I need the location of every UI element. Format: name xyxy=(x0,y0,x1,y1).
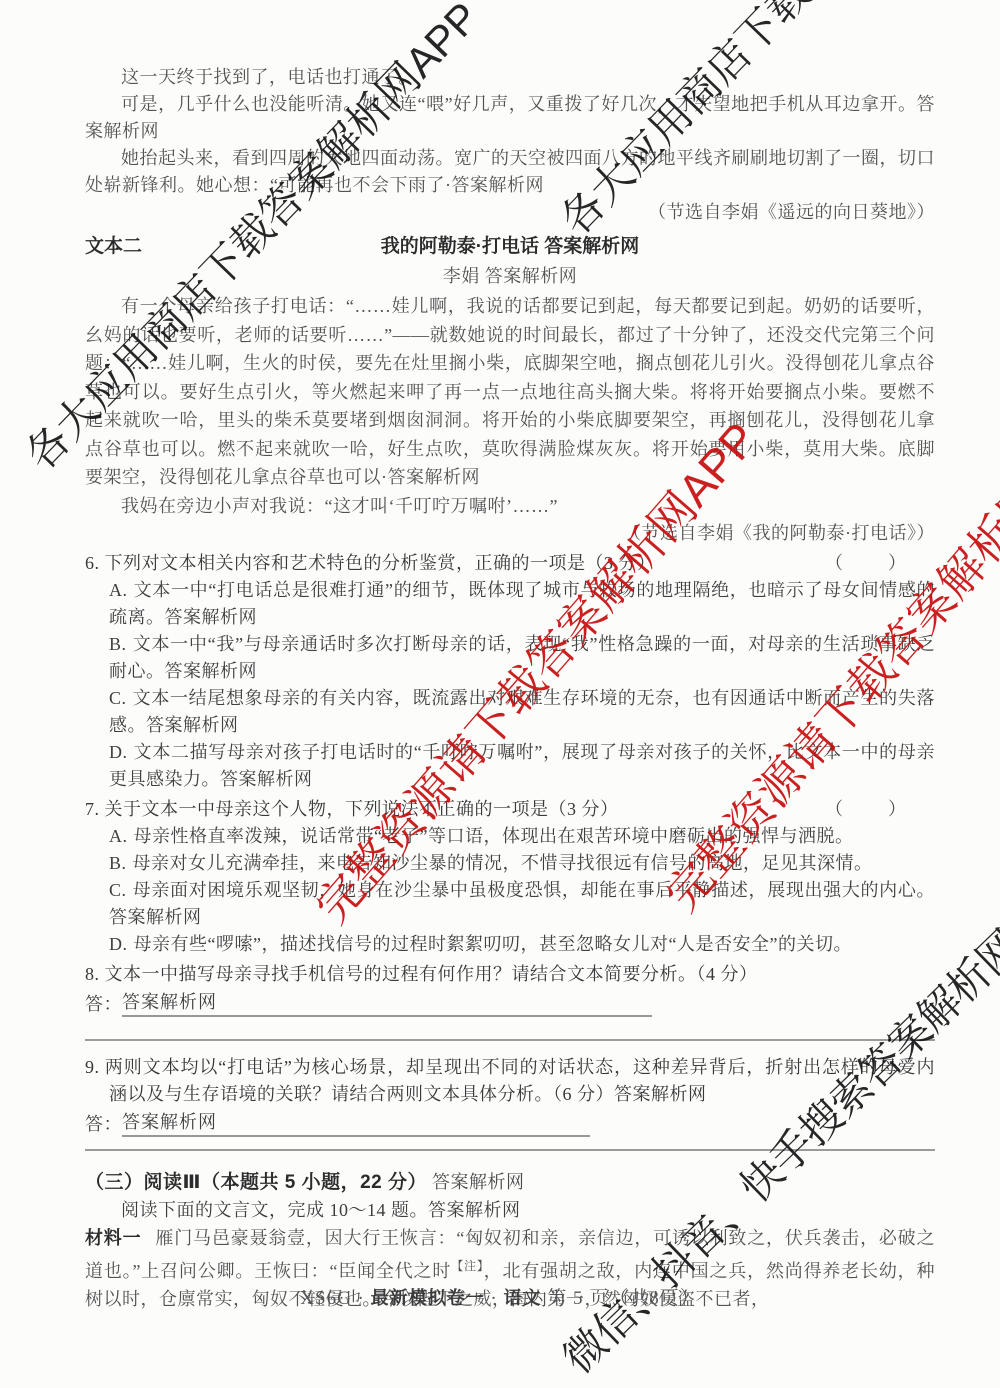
option-text: 母亲对女儿充满牵挂，来电告知沙尘暴的情况，不惜寻找很远有信号的高地，足见其深情。 xyxy=(133,853,873,873)
text2-title-text: 我的阿勒泰·打电话 xyxy=(381,236,539,257)
question-7-option-a: A.母亲性格直率泼辣，说话常带“老子”等口语，体现出在艰苦环境中磨砺出的强悍与洒… xyxy=(109,823,935,850)
footer-subject: 语文 xyxy=(503,1288,541,1308)
option-label: D. xyxy=(109,742,128,762)
question-stem-text: 文本一中描写母亲寻找手机信号的过程有何作用？请结合文本简要分析。（4 分） xyxy=(105,964,758,984)
text2-label: 文本二 xyxy=(85,232,142,262)
question-8-answer-row: 答：答案解析网 xyxy=(85,988,935,1017)
answer-bracket: （ ） xyxy=(825,550,909,577)
footer-dot: · xyxy=(358,1288,365,1309)
exam-page: 这一天终于找到了，电话也打通了。 可是，几乎什么也没能听清。她又连“喂”好几声，… xyxy=(0,0,1000,1388)
footer-dot: · xyxy=(490,1288,497,1309)
footer-code: XS6G xyxy=(300,1288,352,1309)
option-label: C. xyxy=(109,880,127,900)
question-stem-text: 关于文本一中母亲这个人物，下列说法不正确的一项是（3 分） xyxy=(105,799,619,819)
note-marker: 【注】 xyxy=(451,1259,483,1273)
question-6-option-a: A.文本一中“打电话总是很难打通”的细节，既体现了城市与牧场的地理隔绝，也暗示了… xyxy=(109,577,935,631)
question-7: 7.关于文本一中母亲这个人物，下列说法不正确的一项是（3 分） （ ） A.母亲… xyxy=(85,796,935,958)
question-stem-text: 下列对文本相关内容和艺术特色的分析鉴赏，正确的一项是（3 分） xyxy=(105,553,656,573)
question-7-option-b: B.母亲对女儿充满牵挂，来电告知沙尘暴的情况，不惜寻找很远有信号的高地，足见其深… xyxy=(109,850,935,877)
answer-underline: 答案解析网 xyxy=(122,990,652,1017)
option-label: D. xyxy=(109,934,128,954)
answer-underline: 答案解析网 xyxy=(122,1110,590,1137)
option-text: 母亲有些“啰嗦”，描述找信号的过程时絮絮叨叨，甚至忽略女儿对“人是否安全”的关切… xyxy=(134,934,852,954)
option-text: 文本一中“打电话总是很难打通”的细节，既体现了城市与牧场的地理隔绝，也暗示了母女… xyxy=(109,580,935,627)
question-7-stem: 7.关于文本一中母亲这个人物，下列说法不正确的一项是（3 分） （ ） xyxy=(85,796,935,823)
option-label: A. xyxy=(109,580,128,600)
answer-label: 答： xyxy=(85,1114,122,1134)
section-3-heading-suffix: 答案解析网 xyxy=(427,1172,525,1192)
passage-1-paragraph: 这一天终于找到了，电话也打通了。 xyxy=(85,64,935,91)
text2-closing: 我妈在旁边小声对我说：“这才叫‘千叮咛万嘱咐’……” xyxy=(85,492,935,520)
option-label: C. xyxy=(109,688,127,708)
text2-body: 有一个母亲给孩子打电话：“……娃儿啊，我说的话都要记到起，每天都要记到起。奶奶的… xyxy=(85,292,935,492)
question-number: 7. xyxy=(85,799,100,819)
question-number: 6. xyxy=(85,553,100,573)
page-footer: XS6G · 最新模拟卷一 · 语文 第 5 页（共8页） xyxy=(0,1283,1000,1310)
question-7-option-c: C.母亲面对困境乐观坚韧，她身在沙尘暴中虽极度恐惧，却能在事后平静描述，展现出强… xyxy=(109,877,935,931)
material-1-label: 材料一 xyxy=(85,1228,141,1248)
option-label: B. xyxy=(109,634,127,654)
text2-attribution: （节选自李娟《我的阿勒泰·打电话》） xyxy=(85,520,935,547)
answer-bracket: （ ） xyxy=(825,796,909,823)
answer-label: 答： xyxy=(85,994,122,1014)
passage-1-paragraph: 可是，几乎什么也没能听清。她又连“喂”好几声，又重拨了好几次，才失望地把手机从耳… xyxy=(85,91,935,145)
option-label: B. xyxy=(109,853,127,873)
passage-1-paragraph: 她抬起头来，看到四周的大地四面动荡。宽广的天空被四面八方的地平线齐刷刷地切割了一… xyxy=(85,145,935,199)
option-text: 母亲面对困境乐观坚韧，她身在沙尘暴中虽极度恐惧，却能在事后平静描述，展现出强大的… xyxy=(109,880,935,927)
passage-1-attribution: （节选自李娟《遥远的向日葵地》） xyxy=(85,199,935,226)
answer-rule xyxy=(85,1039,935,1041)
passage-1: 这一天终于找到了，电话也打通了。 可是，几乎什么也没能听清。她又连“喂”好几声，… xyxy=(85,64,935,226)
option-label: A. xyxy=(109,826,128,846)
section-3-heading-text: （三）阅读Ⅲ（本题共 5 小题，22 分） xyxy=(85,1172,427,1193)
question-6-stem: 6.下列对文本相关内容和艺术特色的分析鉴赏，正确的一项是（3 分） （ ） xyxy=(85,550,935,577)
question-number: 8. xyxy=(85,964,100,984)
footer-exam-name: 最新模拟卷一 xyxy=(371,1288,485,1308)
question-8-stem: 8.文本一中描写母亲寻找手机信号的过程有何作用？请结合文本简要分析。（4 分） xyxy=(85,961,935,988)
question-7-option-d: D.母亲有些“啰嗦”，描述找信号的过程时絮絮叨叨，甚至忽略女儿对“人是否安全”的… xyxy=(109,931,935,958)
question-8: 8.文本一中描写母亲寻找手机信号的过程有何作用？请结合文本简要分析。（4 分） … xyxy=(85,961,935,1041)
section-3-instruction: 阅读下面的文言文，完成 10～14 题。答案解析网 xyxy=(85,1197,935,1224)
question-number: 9. xyxy=(85,1057,100,1077)
